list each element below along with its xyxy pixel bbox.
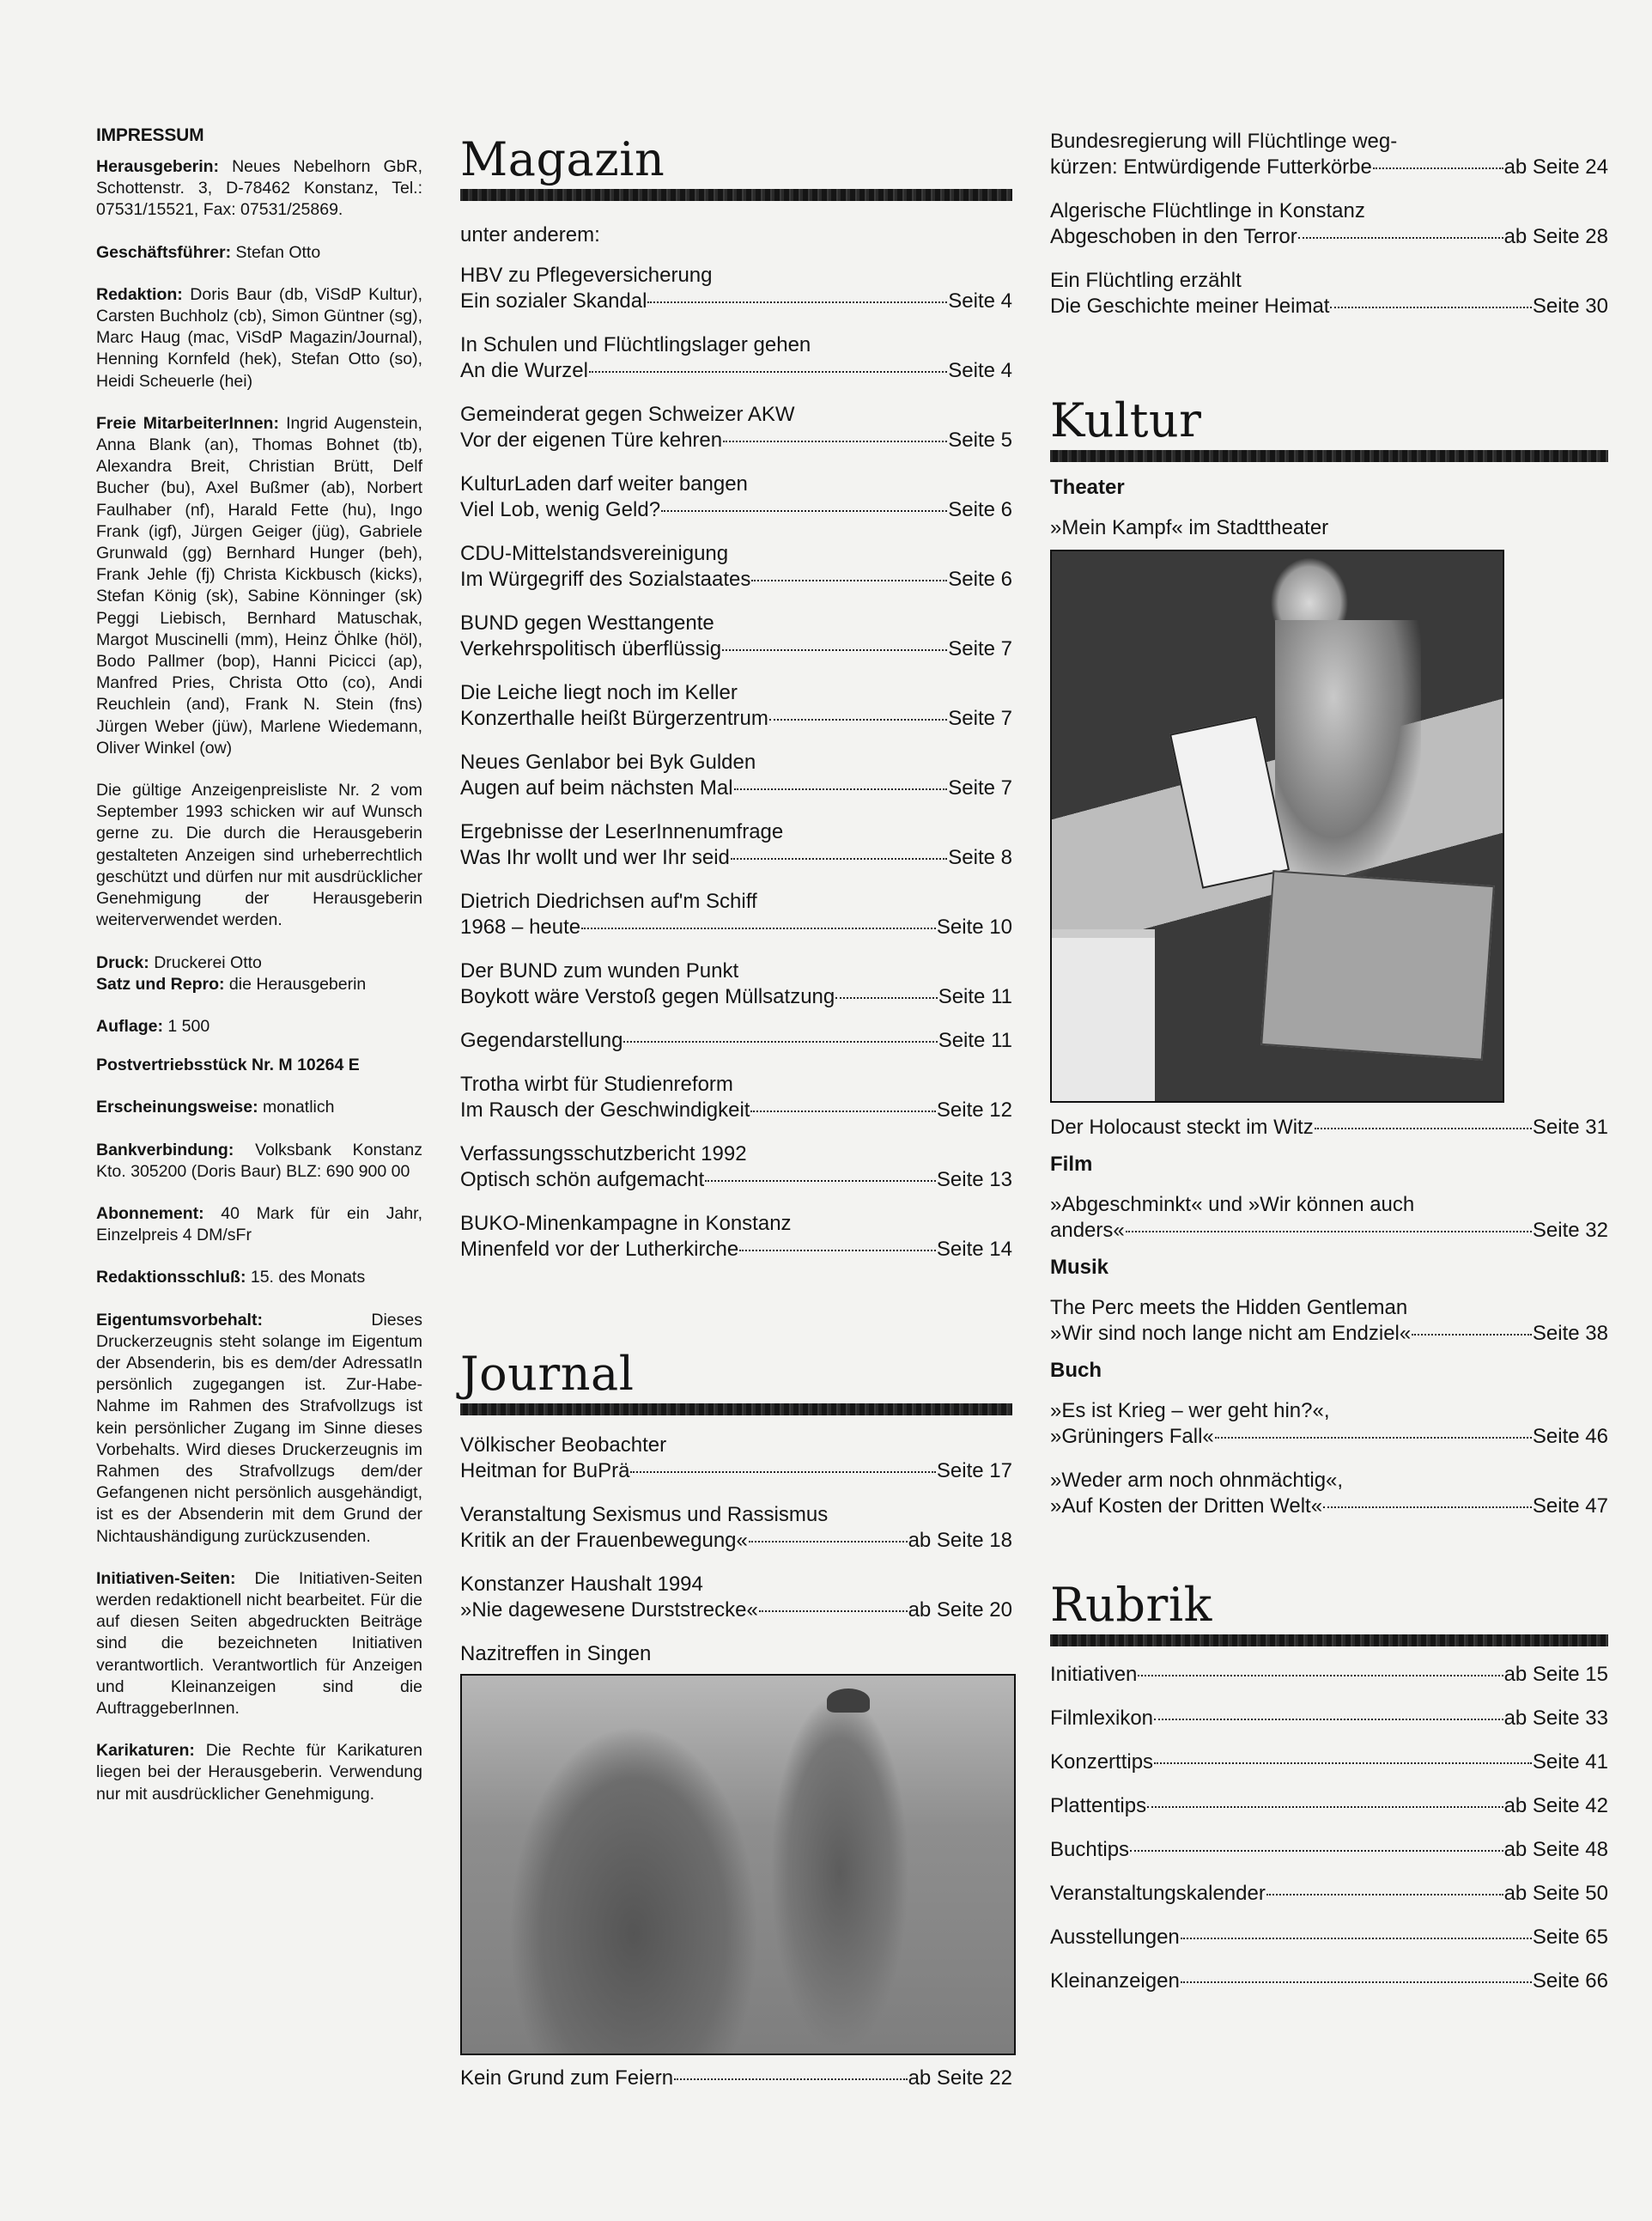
entry-page: Seite 47 [1533, 1494, 1608, 1519]
magazin-title: Magazin [460, 134, 1012, 186]
rubrik-heading: Rubrik [1050, 1579, 1608, 1646]
toc-entry[interactable]: Trotha wirbt für StudienreformIm Rausch … [460, 1072, 1012, 1123]
entry-page: ab Seite 15 [1504, 1662, 1608, 1688]
entry-kicker: Völkischer Beobachter [460, 1433, 1012, 1458]
dot-leader [1181, 1938, 1532, 1939]
entry-title: Was Ihr wollt und wer Ihr seid [460, 845, 730, 871]
journal-rule [460, 1403, 1012, 1415]
dot-leader [630, 1471, 936, 1473]
theater-intro: »Mein Kampf« im Stadttheater [1050, 515, 1608, 541]
entry-page: ab Seite 18 [908, 1528, 1012, 1554]
impressum-block: Initiativen-Seiten: Die Initiativen-Seit… [96, 1568, 422, 1719]
entry-kicker: BUND gegen Westtangente [460, 611, 1012, 636]
entry-kicker: KulturLaden darf weiter bangen [460, 472, 1012, 497]
dot-leader [1181, 1981, 1532, 1983]
dot-leader [1315, 1128, 1532, 1129]
dot-leader [1298, 237, 1503, 239]
dot-leader [1147, 1806, 1503, 1808]
impressum-label: Abonnement: [96, 1204, 204, 1223]
entry-title: Konzerthalle heißt Bürgerzentrum [460, 706, 768, 732]
entry-page: Seite 66 [1533, 1968, 1608, 1994]
dot-leader [705, 1180, 936, 1182]
entry-title: »Grüningers Fall« [1050, 1424, 1214, 1450]
toc-entry[interactable]: Der BUND zum wunden PunktBoykott wäre Ve… [460, 958, 1012, 1010]
entry-title: kürzen: Entwürdigende Futterkörbe [1050, 155, 1372, 180]
entry-kicker: HBV zu Pflegeversicherung [460, 263, 1012, 289]
dot-leader [1266, 1894, 1503, 1895]
toc-entry[interactable]: Verfassungsschutzbericht 1992Optisch sch… [460, 1141, 1012, 1193]
entry-kicker: The Perc meets the Hidden Gentleman [1050, 1295, 1608, 1321]
impressum-text: Stefan Otto [231, 243, 320, 262]
toc-entry[interactable]: CDU-MittelstandsvereinigungIm Würgegriff… [460, 541, 1012, 593]
dot-leader [722, 649, 947, 651]
entry-kicker: Gemeinderat gegen Schweizer AKW [460, 402, 1012, 428]
toc-entry[interactable]: Buchtipsab Seite 48 [1050, 1837, 1608, 1863]
toc-entry[interactable]: Dietrich Diedrichsen auf'm Schiff1968 – … [460, 889, 1012, 940]
entry-page: Seite 11 [938, 984, 1012, 1010]
film-heading: Film [1050, 1153, 1608, 1177]
entry-page: ab Seite 24 [1504, 155, 1608, 180]
entry-page: Seite 41 [1533, 1749, 1608, 1775]
dot-leader [1126, 1231, 1532, 1232]
musik-toc: The Perc meets the Hidden Gentleman»Wir … [1050, 1295, 1608, 1347]
photo-suitcase-dark [1260, 870, 1495, 1061]
entry-kicker: Verfassungsschutzbericht 1992 [460, 1141, 1012, 1167]
entry-title: Im Rausch der Geschwindigkeit [460, 1098, 750, 1123]
entry-title: Abgeschoben in den Terror [1050, 224, 1297, 250]
entry-page: Seite 7 [948, 636, 1012, 662]
entry-title: Vor der eigenen Türe kehren [460, 428, 722, 453]
entry-title: Minenfeld vor der Lutherkirche [460, 1237, 738, 1263]
entry-page: Seite 14 [937, 1237, 1012, 1263]
magazin-toc: HBV zu PflegeversicherungEin sozialer Sk… [460, 263, 1012, 1263]
impressum-label: Postvertriebsstück Nr. M 10264 E [96, 1056, 360, 1074]
toc-entry[interactable]: Veranstaltungskalenderab Seite 50 [1050, 1881, 1608, 1907]
film-toc: »Abgeschminkt« und »Wir können auchander… [1050, 1192, 1608, 1244]
entry-page: ab Seite 42 [1504, 1793, 1608, 1819]
entry-kicker: »Es ist Krieg – wer geht hin?«, [1050, 1398, 1608, 1424]
toc-entry[interactable]: In Schulen und Flüchtlingslager gehenAn … [460, 332, 1012, 384]
entry-page: Seite 12 [937, 1098, 1012, 1123]
toc-entry[interactable]: Konstanzer Haushalt 1994»Nie dagewesene … [460, 1572, 1012, 1623]
buch-heading: Buch [1050, 1359, 1608, 1383]
impressum-block: Abonnement: 40 Mark für ein Jahr, Einzel… [96, 1203, 422, 1246]
impressum-text: die Herausgeberin [225, 975, 367, 994]
entry-title: Kritik an der Frauenbewegung« [460, 1528, 748, 1554]
toc-entry[interactable]: Gemeinderat gegen Schweizer AKWVor der e… [460, 402, 1012, 453]
toc-entry[interactable]: Algerische Flüchtlinge in KonstanzAbgesc… [1050, 198, 1608, 250]
entry-title: Kleinanzeigen [1050, 1968, 1180, 1994]
impressum-label: Druck: [96, 953, 149, 972]
impressum-block: Geschäftsführer: Stefan Otto [96, 242, 422, 264]
dot-leader [623, 1041, 937, 1043]
entry-title: Gegendarstellung [460, 1028, 623, 1054]
musik-heading: Musik [1050, 1256, 1608, 1280]
entry-title: Veranstaltungskalender [1050, 1881, 1266, 1907]
entry-title: »Auf Kosten der Dritten Welt« [1050, 1494, 1322, 1519]
dot-leader [1130, 1850, 1503, 1852]
toc-entry[interactable]: Der Holocaust steckt im Witz Seite 31 [1050, 1115, 1608, 1141]
rubrik-rule [1050, 1634, 1608, 1646]
entry-kicker: CDU-Mittelstandsvereinigung [460, 541, 1012, 567]
impressum-text: monatlich [258, 1098, 335, 1117]
impressum-label: Eigentumsvorbehalt: [96, 1311, 263, 1330]
nazitreffen-photo [460, 1674, 1016, 2055]
dot-leader [661, 510, 947, 512]
rubrik-toc: Initiativenab Seite 15Filmlexikonab Seit… [1050, 1662, 1608, 1994]
entry-title: Verkehrspolitisch überflüssig [460, 636, 721, 662]
impressum-label: Karikaturen: [96, 1741, 195, 1760]
entry-page: Seite 13 [937, 1167, 1012, 1193]
entry-page: Seite 38 [1533, 1321, 1608, 1347]
entry-title: Buchtips [1050, 1837, 1129, 1863]
impressum-text: Die Initiativen-Seiten werden redaktione… [96, 1569, 422, 1718]
dot-leader [1215, 1437, 1532, 1439]
entry-kicker: »Weder arm noch ohnmächtig«, [1050, 1468, 1608, 1494]
entry-page: ab Seite 50 [1504, 1881, 1608, 1907]
impressum-column: IMPRESSUM Herausgeberin: Neues Nebelhorn… [96, 125, 422, 1826]
impressum-block: Auflage: 1 500 [96, 1016, 422, 1037]
entry-page: Seite 46 [1533, 1424, 1608, 1450]
entry-kicker: Die Leiche liegt noch im Keller [460, 680, 1012, 706]
dot-leader [723, 441, 947, 442]
dot-leader [750, 1110, 935, 1112]
entry-title: Konzerttips [1050, 1749, 1153, 1775]
toc-entry[interactable]: Initiativenab Seite 15 [1050, 1662, 1608, 1688]
entry-kicker: Neues Genlabor bei Byk Gulden [460, 750, 1012, 776]
entry-page: Seite 32 [1533, 1218, 1608, 1244]
entry-title: Boykott wäre Verstoß gegen Müllsatzung [460, 984, 835, 1010]
dot-leader [1412, 1334, 1532, 1336]
toc-entry[interactable]: Veranstaltung Sexismus und RassismusKrit… [460, 1502, 1012, 1554]
impressum-text: Die gültige Anzeigenpreisliste Nr. 2 vom… [96, 781, 422, 929]
entry-kicker: In Schulen und Flüchtlingslager gehen [460, 332, 1012, 358]
entry-page: ab Seite 20 [908, 1597, 1012, 1623]
entry-page: Seite 65 [1533, 1925, 1608, 1950]
dot-leader [581, 928, 936, 929]
impressum-text: Dieses Druckerzeugnis steht solange im E… [96, 1311, 422, 1546]
dot-leader [1330, 307, 1531, 308]
entry-kicker: Algerische Flüchtlinge in Konstanz [1050, 198, 1608, 224]
impressum-block: Herausgeberin: Neues Nebelhorn GbR, Scho… [96, 156, 422, 222]
toc-entry[interactable]: The Perc meets the Hidden Gentleman»Wir … [1050, 1295, 1608, 1347]
kultur-title: Kultur [1050, 395, 1608, 447]
magazin-intro: unter anderem: [460, 223, 1012, 247]
entry-page: Seite 6 [948, 567, 1012, 593]
impressum-text: Druckerei Otto [149, 953, 262, 972]
entry-kicker: Ein Flüchtling erzählt [1050, 268, 1608, 294]
theater-intro-entry: »Mein Kampf« im Stadttheater [1050, 515, 1608, 541]
toc-entry[interactable]: HBV zu PflegeversicherungEin sozialer Sk… [460, 263, 1012, 314]
impressum-text: 15. des Monats [246, 1268, 365, 1287]
impressum-block: Redaktionsschluß: 15. des Monats [96, 1267, 422, 1288]
toc-entry[interactable]: Plattentipsab Seite 42 [1050, 1793, 1608, 1819]
magazin-heading: Magazin [460, 134, 1012, 201]
entry-page: Seite 7 [948, 776, 1012, 801]
entry-title: Initiativen [1050, 1662, 1137, 1688]
entry-page: ab Seite 22 [908, 2066, 1012, 2091]
entry-kicker: Ergebnisse der LeserInnenumfrage [460, 819, 1012, 845]
entry-page: Seite 11 [938, 1028, 1012, 1054]
entry-title: Im Würgegriff des Sozialstaates [460, 567, 750, 593]
impressum-label: Bankverbindung: [96, 1141, 234, 1159]
dot-leader [589, 371, 947, 373]
dot-leader [751, 580, 947, 581]
impressum-label: Initiativen-Seiten: [96, 1569, 236, 1588]
entry-page: Seite 10 [937, 915, 1012, 940]
impressum-label: Freie MitarbeiterInnen: [96, 414, 279, 433]
toc-entry[interactable]: GegendarstellungSeite 11 [460, 1028, 1012, 1054]
journal-toc: Völkischer BeobachterHeitman for BuPräSe… [460, 1433, 1012, 1623]
entry-kicker: Bundesregierung will Flüchtlinge weg- [1050, 129, 1608, 155]
entry-title: anders« [1050, 1218, 1125, 1244]
entry-page: Seite 5 [948, 428, 1012, 453]
entry-title: »Nie dagewesene Durststrecke« [460, 1597, 758, 1623]
entry-title: Optisch schön aufgemacht [460, 1167, 704, 1193]
journal-heading: Journal [460, 1348, 1012, 1415]
kultur-rule [1050, 450, 1608, 462]
entry-title: Augen auf beim nächsten Mal [460, 776, 733, 801]
entry-title: Kein Grund zum Feiern [460, 2066, 673, 2091]
impressum-block: Bankverbindung: Volksbank Konstanz Kto. … [96, 1140, 422, 1183]
entry-kicker: BUKO-Minenkampagne in Konstanz [460, 1211, 1012, 1237]
magazin-journal-column: Magazin unter anderem: HBV zu Pflegevers… [460, 134, 1012, 2109]
impressum-label: Geschäftsführer: [96, 243, 231, 262]
impressum-block: Satz und Repro: die Herausgeberin [96, 974, 422, 995]
toc-entry[interactable]: AusstellungenSeite 65 [1050, 1925, 1608, 1950]
impressum-text: 1 500 [163, 1017, 210, 1036]
rubrik-title: Rubrik [1050, 1579, 1608, 1631]
entry-title: 1968 – heute [460, 915, 580, 940]
entry-title: »Wir sind noch lange nicht am Endziel« [1050, 1321, 1411, 1347]
impressum-blocks: Herausgeberin: Neues Nebelhorn GbR, Scho… [96, 156, 422, 1805]
photo-suitcase-light [1169, 715, 1290, 889]
entry-page: Seite 7 [948, 706, 1012, 732]
impressum-label: Herausgeberin: [96, 157, 219, 176]
toc-entry[interactable]: KulturLaden darf weiter bangenViel Lob, … [460, 472, 1012, 523]
toc-entry[interactable]: »Abgeschminkt« und »Wir können auchander… [1050, 1192, 1608, 1244]
toc-entry[interactable]: Ein Flüchtling erzähltDie Geschichte mei… [1050, 268, 1608, 319]
entry-kicker: Dietrich Diedrichsen auf'm Schiff [460, 889, 1012, 915]
impressum-block: Erscheinungsweise: monatlich [96, 1097, 422, 1118]
dot-leader [1323, 1506, 1532, 1508]
impressum-label: Redaktionsschluß: [96, 1268, 246, 1287]
entry-kicker: Konstanzer Haushalt 1994 [460, 1572, 1012, 1597]
toc-entry[interactable]: BUKO-Minenkampagne in KonstanzMinenfeld … [460, 1211, 1012, 1263]
entry-kicker: »Abgeschminkt« und »Wir können auch [1050, 1192, 1608, 1218]
dot-leader [749, 1541, 908, 1543]
entry-page: Seite 4 [948, 289, 1012, 314]
dot-leader [1154, 1719, 1503, 1720]
buch-toc: »Es ist Krieg – wer geht hin?«,»Grüninge… [1050, 1398, 1608, 1519]
photo-figure [1275, 620, 1421, 878]
impressum-label: Auflage: [96, 1017, 163, 1036]
entry-page: Seite 30 [1533, 294, 1608, 319]
kultur-heading: Kultur [1050, 395, 1608, 462]
dot-leader [835, 997, 937, 999]
toc-entry[interactable]: Völkischer BeobachterHeitman for BuPräSe… [460, 1433, 1012, 1484]
toc-entry[interactable]: Kein Grund zum Feiern ab Seite 22 [460, 2066, 1012, 2091]
journal-photo-heading-entry: Nazitreffen in Singen [460, 1641, 1012, 1667]
entry-page: Seite 31 [1533, 1115, 1608, 1141]
dot-leader [674, 2078, 907, 2080]
entry-page: Seite 17 [937, 1458, 1012, 1484]
dot-leader [1154, 1762, 1532, 1764]
entry-title: An die Wurzel [460, 358, 588, 384]
toc-entry[interactable]: KleinanzeigenSeite 66 [1050, 1968, 1608, 1994]
entry-title: Ein sozialer Skandal [460, 289, 647, 314]
impressum-label: Redaktion: [96, 285, 183, 304]
entry-page: Seite 6 [948, 497, 1012, 523]
entry-kicker: Trotha wirbt für Studienreform [460, 1072, 1012, 1098]
toc-entry[interactable]: Die Leiche liegt noch im KellerKonzertha… [460, 680, 1012, 732]
toc-entry[interactable]: Ergebnisse der LeserInnenumfrageWas Ihr … [460, 819, 1012, 871]
dot-leader [1373, 167, 1503, 169]
entry-kicker: Veranstaltung Sexismus und Rassismus [460, 1502, 1012, 1528]
entry-page: ab Seite 33 [1504, 1706, 1608, 1731]
entry-title: Die Geschichte meiner Heimat [1050, 294, 1329, 319]
entry-page: ab Seite 28 [1504, 224, 1608, 250]
refugee-toc: Bundesregierung will Flüchtlinge weg-kür… [1050, 129, 1608, 319]
toc-entry[interactable]: KonzerttipsSeite 41 [1050, 1749, 1608, 1775]
toc-entry[interactable]: Neues Genlabor bei Byk GuldenAugen auf b… [460, 750, 1012, 801]
journal-title: Journal [460, 1348, 1012, 1400]
journal-photo-heading: Nazitreffen in Singen [460, 1641, 1012, 1667]
dot-leader [739, 1250, 936, 1251]
impressum-label: Erscheinungsweise: [96, 1098, 258, 1117]
entry-page: ab Seite 48 [1504, 1837, 1608, 1863]
dot-leader [734, 788, 948, 790]
toc-entry[interactable]: BUND gegen WesttangenteVerkehrspolitisch… [460, 611, 1012, 662]
impressum-block: Karikaturen: Die Rechte für Karikaturen … [96, 1740, 422, 1805]
dot-leader [731, 858, 947, 860]
entry-title: Ausstellungen [1050, 1925, 1180, 1950]
magazin-rule [460, 189, 1012, 201]
photo-detail-cap [827, 1689, 870, 1713]
entry-title: Viel Lob, wenig Geld? [460, 497, 660, 523]
impressum-text: Ingrid Augenstein, Anna Blank (an), Thom… [96, 414, 422, 758]
toc-entry[interactable]: »Weder arm noch ohnmächtig«,»Auf Kosten … [1050, 1468, 1608, 1519]
entry-title: Plattentips [1050, 1793, 1146, 1819]
toc-entry[interactable]: Bundesregierung will Flüchtlinge weg-kür… [1050, 129, 1608, 180]
entry-kicker: Der BUND zum wunden Punkt [460, 958, 1012, 984]
impressum-label: Satz und Repro: [96, 975, 225, 994]
toc-entry[interactable]: Filmlexikonab Seite 33 [1050, 1706, 1608, 1731]
impressum-block: Redaktion: Doris Baur (db, ViSdP Kultur)… [96, 284, 422, 392]
theater-heading: Theater [1050, 476, 1608, 500]
entry-page: Seite 8 [948, 845, 1012, 871]
dot-leader [759, 1610, 908, 1612]
entry-title: Heitman for BuPrä [460, 1458, 629, 1484]
photo-box [1052, 929, 1155, 1103]
dot-leader [647, 301, 947, 303]
dot-leader [1138, 1675, 1503, 1676]
impressum-block: Freie MitarbeiterInnen: Ingrid Augenstei… [96, 413, 422, 759]
impressum-block: Postvertriebsstück Nr. M 10264 E [96, 1055, 422, 1076]
impressum-block: Die gültige Anzeigenpreisliste Nr. 2 vom… [96, 780, 422, 931]
toc-entry[interactable]: »Es ist Krieg – wer geht hin?«,»Grüninge… [1050, 1398, 1608, 1450]
entry-title: Filmlexikon [1050, 1706, 1153, 1731]
kultur-rubrik-column: Bundesregierung will Flüchtlinge weg-kür… [1050, 129, 1608, 2012]
impressum-block: Eigentumsvorbehalt: Dieses Druckerzeugni… [96, 1310, 422, 1548]
entry-title: Der Holocaust steckt im Witz [1050, 1115, 1314, 1141]
dot-leader [769, 719, 947, 721]
theater-photo [1050, 550, 1504, 1103]
entry-page: Seite 4 [948, 358, 1012, 384]
impressum-title: IMPRESSUM [96, 125, 422, 146]
impressum-block: Druck: Druckerei Otto [96, 952, 422, 974]
